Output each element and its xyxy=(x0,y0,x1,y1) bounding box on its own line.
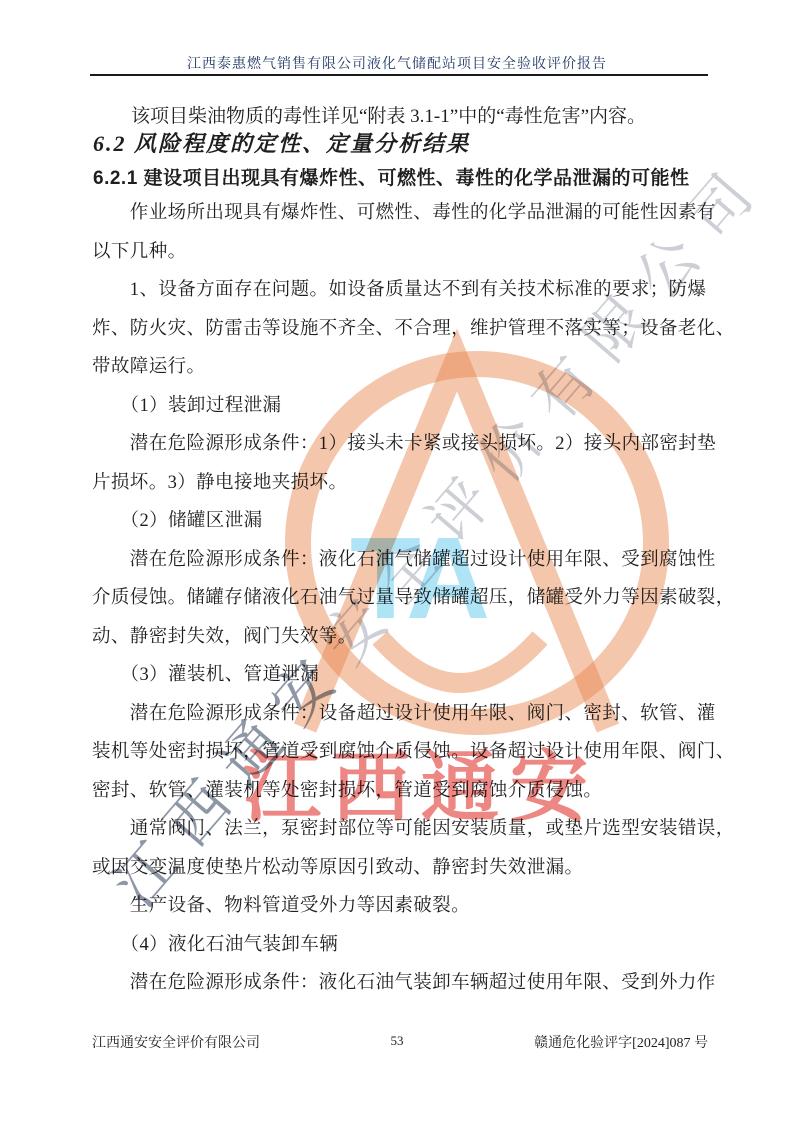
body-text: 作业场所出现具有爆炸性、可燃性、毒性的化学品泄漏的可能性因素有以下几种。 1、设… xyxy=(92,194,714,1003)
body-line: 片损坏。3）静电接地夹损坏。 xyxy=(92,464,714,503)
body-line: 潜在危险源形成条件：1）接头未卡紧或接头损坏。2）接头内部密封垫 xyxy=(92,425,714,464)
body-line: 炸、防火灾、防雷击等设施不齐全、不合理，维护管理不落实等；设备老化、 xyxy=(92,310,714,349)
intro-paragraph: 该项目柴油物质的毒性详见“附表 3.1-1”中的“毒性危害”内容。 xyxy=(93,101,708,128)
section-heading-6-2-1: 6.2.1 建设项目出现具有爆炸性、可燃性、毒性的化学品泄漏的可能性 xyxy=(93,163,690,190)
body-line: （2）储罐区泄漏 xyxy=(92,502,714,541)
body-line: 1、设备方面存在问题。如设备质量达不到有关技术标准的要求；防爆 xyxy=(92,271,714,310)
body-line: 生产设备、物料管道受外力等因素破裂。 xyxy=(92,887,714,926)
footer-doc-number: 赣通危化验评字[2024]087 号 xyxy=(534,1032,708,1052)
body-line: 或因交变温度使垫片松动等原因引致动、静密封失效泄漏。 xyxy=(92,849,714,888)
body-line: 带故障运行。 xyxy=(92,348,714,387)
body-line: 介质侵蚀。储罐存储液化石油气过量导致储罐超压，储罐受外力等因素破裂， xyxy=(92,579,714,618)
section-heading-6-2: 6.2 风险程度的定性、定量分析结果 xyxy=(93,127,470,158)
body-line: 潜在危险源形成条件：液化石油气装卸车辆超过使用年限、受到外力作 xyxy=(92,964,714,1003)
body-line: （4）液化石油气装卸车辆 xyxy=(92,926,714,965)
body-line: （1）装卸过程泄漏 xyxy=(92,387,714,426)
body-line: 作业场所出现具有爆炸性、可燃性、毒性的化学品泄漏的可能性因素有 xyxy=(92,194,714,233)
body-line: 潜在危险源形成条件：设备超过设计使用年限、阀门、密封、软管、灌 xyxy=(92,695,714,734)
body-line: 以下几种。 xyxy=(92,233,714,272)
body-line: 潜在危险源形成条件：液化石油气储罐超过设计使用年限、受到腐蚀性 xyxy=(92,541,714,580)
header-rule xyxy=(90,74,708,76)
body-line: （3）灌装机、管道泄漏 xyxy=(92,656,714,695)
body-line: 密封、软管、灌装机等处密封损坏，管道受到腐蚀介质侵蚀。 xyxy=(92,772,714,811)
report-page: 江西泰惠燃气销售有限公司液化气储配站项目安全验收评价报告 该项目柴油物质的毒性详… xyxy=(0,0,794,1123)
body-line: 动、静密封失效，阀门失效等。 xyxy=(92,618,714,657)
report-header-title: 江西泰惠燃气销售有限公司液化气储配站项目安全验收评价报告 xyxy=(0,53,794,73)
body-line: 通常阀门、法兰，泵密封部位等可能因安装质量，或垫片选型安装错误， xyxy=(92,810,714,849)
body-line: 装机等处密封损坏，管道受到腐蚀介质侵蚀。设备超过设计使用年限、阀门、 xyxy=(92,733,714,772)
